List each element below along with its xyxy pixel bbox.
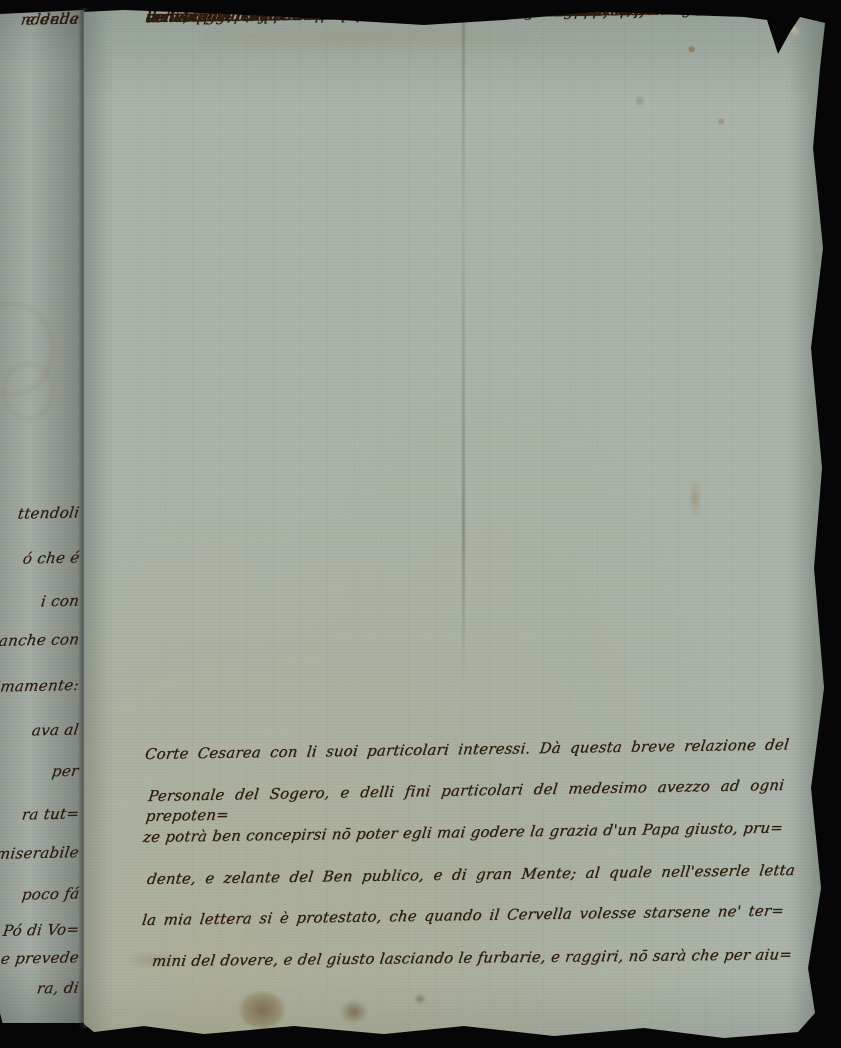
photograph-frame: ttendoli ó che é i con anche con ultimam… [0, 0, 841, 1048]
left-page-text-fragment: ra, di [36, 979, 80, 998]
left-page-text-fragment: e della [25, 10, 80, 29]
left-page-text-fragment: ava al [31, 721, 80, 740]
ink-blot-stain [239, 991, 285, 1029]
left-page-text-fragment: ultimamente: [0, 676, 80, 696]
ink-blot-stain [340, 1000, 368, 1024]
manuscript-page: Corte Cesarea con li suoi particolari in… [84, 8, 825, 1040]
manuscript-line: mini del dovere, e del giusto lasciando … [151, 945, 794, 972]
left-page-text-fragment: anche con [0, 630, 80, 650]
left-page-text-fragment: e prevede [0, 948, 80, 968]
fox-spot-stain [688, 478, 702, 518]
left-page-text-fragment: ó che é [21, 548, 80, 567]
left-page-text-fragment: per [51, 762, 80, 781]
ink-show-through-smudge [202, 26, 582, 52]
manuscript-line: dente, e zelante del Ben publico, e di g… [146, 861, 796, 890]
left-page-text-fragment: poco fá [20, 884, 80, 903]
manuscript-line: la mia lettera si è protestato, che quan… [141, 901, 785, 931]
left-page-text-fragment: miserabile [0, 843, 80, 863]
manuscript-line: il trattato essere d'Acque, e non mai pe… [145, 0, 797, 28]
paper-tear [777, 14, 801, 37]
ink-blot-stain [414, 994, 426, 1004]
manuscript-line: Corte Cesarea con li suoi particolari in… [144, 735, 790, 765]
seal-show-through [2, 362, 54, 420]
left-page-text-fragment: i con [40, 592, 81, 611]
left-page-text-fragment: ra tut= [20, 804, 80, 823]
left-page-edge: ttendoli ó che é i con anche con ultimam… [0, 10, 84, 1023]
left-page-text-fragment: Pó di Vo= [1, 920, 80, 940]
page-fold-crease [462, 20, 465, 680]
left-page-text-fragment: ttendoli [16, 503, 80, 522]
